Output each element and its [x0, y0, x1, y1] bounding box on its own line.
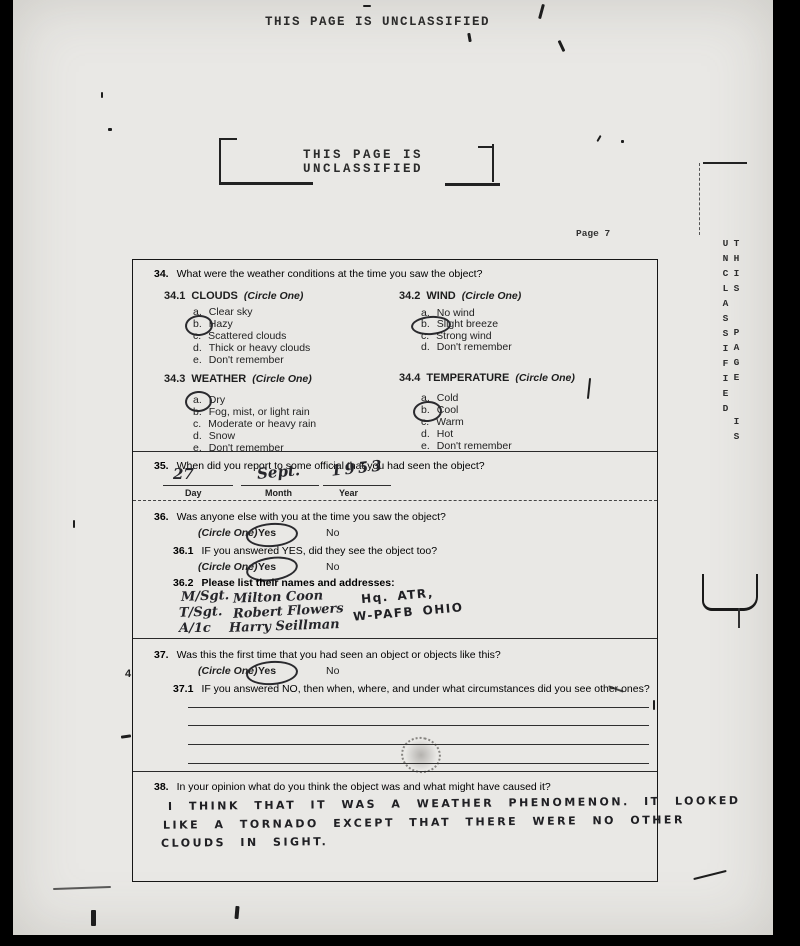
- option-weather-c: c.Moderate or heavy rain: [193, 418, 316, 430]
- answer-blank-line: [188, 707, 649, 708]
- question-37-1-number: 37.1: [173, 683, 193, 695]
- option-label: Don't remember: [437, 341, 512, 353]
- witness-rank: M/Sgt.: [181, 588, 230, 605]
- question-36-2-text: Please list their names and addresses:: [201, 577, 394, 589]
- section-divider-dashed: [133, 500, 657, 501]
- question-34: 34. What were the weather conditions at …: [154, 268, 482, 280]
- stamp-bracket-right-vertical: [492, 144, 494, 182]
- option-label: Fog, mist, or light rain: [209, 406, 310, 418]
- noise-speck: [234, 906, 239, 919]
- section-divider: [133, 451, 657, 452]
- section-34-4-title: TEMPERATURE: [426, 372, 509, 384]
- answer-month: Sept.: [256, 461, 300, 483]
- option-label: Don't remember: [209, 354, 284, 366]
- option-letter: b.: [193, 406, 202, 418]
- day-label: Day: [185, 488, 202, 498]
- noise-speck: [363, 5, 371, 7]
- noise-speck: [108, 128, 112, 131]
- section-34-2-title: WIND: [426, 290, 455, 302]
- opinion-answer-line: LIKE A TORNADO EXCEPT THAT THERE WERE NO…: [163, 813, 685, 831]
- option-letter: e.: [193, 442, 202, 454]
- question-38-text: In your opinion what do you think the ob…: [177, 781, 551, 793]
- no-answer: No: [326, 561, 339, 573]
- section-34-3-header: 34.3 WEATHER (Circle One): [164, 373, 312, 385]
- question-35-number: 35.: [154, 460, 169, 472]
- question-37-1: 37.1 IF you answered NO, then when, wher…: [173, 683, 650, 695]
- side-tab-left-line: [699, 163, 700, 235]
- option-label: Don't remember: [209, 442, 284, 454]
- year-label: Year: [339, 488, 358, 498]
- year-line: [323, 485, 391, 486]
- question-38-number: 38.: [154, 781, 169, 793]
- section-34-4-header: 34.4 TEMPERATURE (Circle One): [399, 372, 575, 384]
- noise-speck: [621, 140, 624, 143]
- option-wind-d: d.Don't remember: [421, 341, 512, 353]
- witness-rank: T/Sgt.: [179, 604, 223, 621]
- question-36-1: 36.1 IF you answered YES, did they see t…: [173, 545, 437, 557]
- stamp-bracket-right-bottom: [445, 183, 500, 186]
- question-36-number: 36.: [154, 511, 169, 523]
- witness-name: Harry Seillman: [229, 617, 340, 636]
- side-tab-top-line: [703, 162, 747, 164]
- option-letter: d.: [421, 341, 430, 353]
- option-clouds-c: c.Scattered clouds: [193, 330, 286, 342]
- question-36: 36. Was anyone else with you at the time…: [154, 511, 446, 523]
- question-34-number: 34.: [154, 268, 169, 280]
- question-36-2-number: 36.2: [173, 577, 193, 589]
- noise-speck: [101, 92, 103, 98]
- noise-speck: [73, 520, 75, 528]
- witness-rank: A/1c: [179, 621, 211, 636]
- question-34-text: What were the weather conditions at the …: [177, 268, 483, 280]
- top-unclassified-stamp: THIS PAGE IS UNCLASSIFIED: [265, 15, 490, 29]
- option-clouds-d: d.Thick or heavy clouds: [193, 342, 310, 354]
- stamp-bracket-left-hook: [219, 138, 237, 140]
- answer-day: 27: [173, 465, 194, 483]
- noise-speck: [596, 135, 601, 142]
- question-37-text: Was this the first time that you had see…: [177, 649, 501, 661]
- option-letter: d.: [193, 430, 202, 442]
- option-letter: d.: [421, 428, 430, 440]
- section-34-2-header: 34.2 WIND (Circle One): [399, 290, 521, 302]
- option-clouds-e: e.Don't remember: [193, 354, 284, 366]
- section-34-2-number: 34.2: [399, 290, 420, 302]
- no-answer: No: [326, 527, 339, 539]
- section-34-3-circle-note: (Circle One): [252, 373, 312, 385]
- noise-speck: [91, 910, 96, 926]
- option-letter: c.: [193, 330, 201, 342]
- middle-unclassified-stamp: THIS PAGE IS UNCLASSIFIED: [241, 148, 485, 176]
- question-36-text: Was anyone else with you at the time you…: [177, 511, 446, 523]
- page-number: Page 7: [576, 228, 610, 239]
- option-letter: d.: [193, 342, 202, 354]
- stamp-bracket-left-vertical: [219, 138, 221, 184]
- option-temp-d: d.Hot: [421, 428, 453, 440]
- opinion-answer-line: I THINK THAT IT WAS A WEATHER PHENOMENON…: [168, 794, 741, 813]
- side-tab-bottom-bracket: [702, 574, 758, 611]
- question-36-2: 36.2 Please list their names and address…: [173, 577, 395, 589]
- section-34-4-circle-note: (Circle One): [515, 372, 575, 384]
- option-label: Hot: [437, 428, 453, 440]
- option-weather-b: b.Fog, mist, or light rain: [193, 406, 310, 418]
- side-tab-bracket-tail: [738, 608, 740, 628]
- section-34-1-title: CLOUDS: [191, 290, 237, 302]
- noise-speck: [467, 33, 472, 42]
- noise-speck: [538, 4, 545, 19]
- noise-mark: [121, 734, 131, 738]
- section-divider: [133, 771, 657, 772]
- question-37: 37. Was this the first time that you had…: [154, 649, 501, 661]
- section-divider: [133, 638, 657, 639]
- noise-scratch: [693, 870, 726, 880]
- option-label: Thick or heavy clouds: [209, 342, 311, 354]
- margin-mark: 4: [125, 668, 131, 680]
- side-unclassified-stamp: THIS PAGE IS UNCLASSIFIED: [716, 238, 742, 572]
- option-letter: c.: [421, 416, 429, 428]
- option-weather-d: d.Snow: [193, 430, 235, 442]
- day-line: [163, 485, 233, 486]
- section-34-3-title: WEATHER: [191, 373, 246, 385]
- noise-scratch: [53, 886, 111, 890]
- document-page: THIS PAGE IS UNCLASSIFIED THIS PAGE IS U…: [13, 0, 773, 935]
- option-letter: e.: [193, 354, 202, 366]
- noise-speck: [653, 700, 655, 710]
- month-label: Month: [265, 488, 292, 498]
- option-label: Moderate or heavy rain: [208, 418, 316, 430]
- answer-blank-line: [188, 725, 649, 726]
- question-37-number: 37.: [154, 649, 169, 661]
- option-temp-c: c.Warm: [421, 416, 464, 428]
- question-35: 35. When did you report to some official…: [154, 460, 485, 472]
- question-36-1-number: 36.1: [173, 545, 193, 557]
- question-36-1-text: IF you answered YES, did they see the ob…: [201, 545, 437, 557]
- noise-speck: [558, 40, 566, 52]
- option-label: Scattered clouds: [208, 330, 286, 342]
- section-34-3-number: 34.3: [164, 373, 185, 385]
- option-label: Clear sky: [209, 306, 253, 318]
- section-34-1-circle-note: (Circle One): [244, 290, 304, 302]
- no-answer: No: [326, 665, 339, 677]
- opinion-answer-line: CLOUDS IN SIGHT.: [161, 835, 328, 850]
- stamp-bracket-left-bottom: [219, 182, 313, 185]
- questionnaire-box: 34. What were the weather conditions at …: [132, 259, 658, 882]
- question-38: 38. In your opinion what do you think th…: [154, 781, 551, 793]
- option-label: Warm: [436, 416, 464, 428]
- option-letter: c.: [193, 418, 201, 430]
- scanned-page-background: { "page": { "marker": "Page 7" }, "stamp…: [0, 0, 800, 946]
- option-label: Snow: [209, 430, 235, 442]
- section-34-1-number: 34.1: [164, 290, 185, 302]
- question-37-1-text: IF you answered NO, then when, where, an…: [201, 683, 649, 695]
- option-weather-e: e.Don't remember: [193, 442, 284, 454]
- section-34-2-circle-note: (Circle One): [462, 290, 522, 302]
- section-34-4-number: 34.4: [399, 372, 420, 384]
- option-label: Cold: [437, 392, 459, 404]
- section-34-1-header: 34.1 CLOUDS (Circle One): [164, 290, 303, 302]
- month-line: [241, 485, 319, 486]
